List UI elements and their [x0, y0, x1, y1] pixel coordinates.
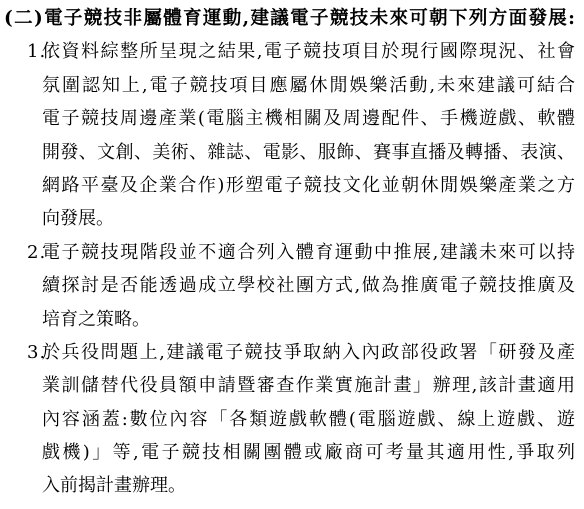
text-line: 向發展。 — [42, 202, 575, 235]
section-heading: (二)電子競技非屬體育運動,建議電子競技未來可朝下列方面發展: — [4, 2, 575, 35]
text-line: 培育之策略。 — [42, 303, 575, 336]
item-number: 2. — [27, 236, 46, 269]
list-item: 1.依資料綜整所呈現之結果,電子競技項目於現行國際現況、社會氛圍認知上,電子競技… — [0, 35, 584, 235]
text-line: 電子競技現階段並不適合列入體育運動中推展,建議未來可以持 — [42, 236, 575, 269]
numbered-list: 1.依資料綜整所呈現之結果,電子競技項目於現行國際現況、社會氛圍認知上,電子競技… — [0, 35, 584, 502]
text-line: 依資料綜整所呈現之結果,電子競技項目於現行國際現況、社會 — [42, 35, 575, 68]
text-line: 入前揭計畫辦理。 — [42, 469, 575, 502]
list-item: 2.電子競技現階段並不適合列入體育運動中推展,建議未來可以持續探討是否能透過成立… — [0, 236, 584, 336]
text-line: 電子競技周邊產業(電腦主機相關及周邊配件、手機遊戲、軟體 — [42, 102, 575, 135]
text-line: 業訓儲替代役員額申請暨審查作業實施計畫」辦理,該計畫適用 — [42, 369, 575, 402]
list-item: 3.於兵役問題上,建議電子競技爭取納入內政部役政署「研發及產業訓儲替代役員額申請… — [0, 336, 584, 503]
text-line: 戲機)」等,電子競技相關團體或廠商可考量其適用性,爭取列 — [42, 436, 575, 469]
text-line: 續探討是否能透過成立學校社團方式,做為推廣電子競技推廣及 — [42, 269, 575, 302]
item-number: 1. — [27, 35, 46, 68]
text-line: 氛圍認知上,電子競技項目應屬休閒娛樂活動,未來建議可結合 — [42, 69, 575, 102]
text-line: 開發、文創、美術、雜誌、電影、服飾、賽事直播及轉播、表演、 — [42, 136, 575, 169]
item-number: 3. — [27, 336, 46, 369]
document-page: (二)電子競技非屬體育運動,建議電子競技未來可朝下列方面發展: 1.依資料綜整所… — [0, 0, 584, 509]
text-line: 於兵役問題上,建議電子競技爭取納入內政部役政署「研發及產 — [42, 336, 575, 369]
text-line: 內容涵蓋:數位內容「各類遊戲軟體(電腦遊戲、線上遊戲、遊 — [42, 403, 575, 436]
text-line: 網路平臺及企業合作)形塑電子競技文化並朝休閒娛樂產業之方 — [42, 169, 575, 202]
